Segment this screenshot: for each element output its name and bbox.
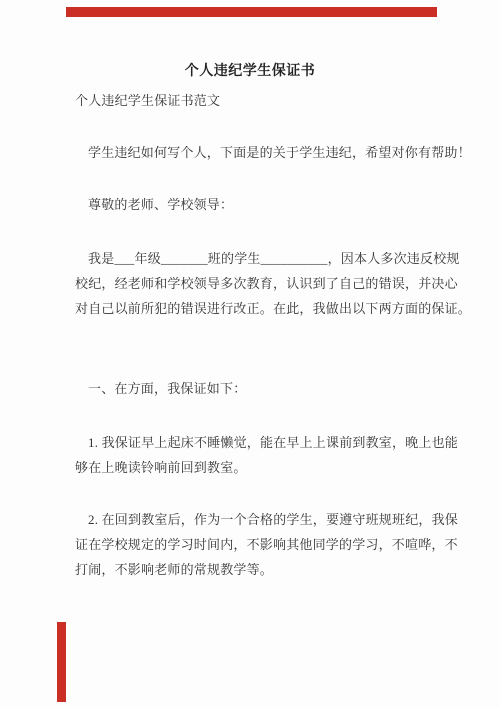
paragraph-intro: 学生违纪如何写个人，下面是的关于学生违纪，希望对你有帮助！ [75, 140, 480, 165]
document-subtitle: 个人违纪学生保证书范文 [75, 88, 480, 113]
red-accent-bar-top [66, 7, 437, 17]
paragraph-section-heading: 一、在方面，我保证如下： [75, 376, 480, 401]
paragraph-pledge-2: 2. 在回到教室后，作为一个合格的学生，要遵守班规班纪，我保 证在学校规定的学习… [75, 507, 480, 582]
document-page: 个人违纪学生保证书 个人违纪学生保证书范文 学生违纪如何写个人，下面是的关于学生… [0, 0, 500, 708]
red-accent-bar-bottom-left [57, 622, 66, 702]
paragraph-salutation: 尊敬的老师、学校领导： [75, 192, 480, 217]
paragraph-pledge-1: 1. 我保证早上起床不睡懒觉，能在早上上课前到教室，晚上也能 够在上晚读铃响前回… [75, 430, 480, 480]
document-title: 个人违纪学生保证书 [20, 62, 480, 82]
paragraph-self-introduction: 我是___年级_______班的学生__________，因本人多次违反校规 校… [75, 246, 480, 321]
